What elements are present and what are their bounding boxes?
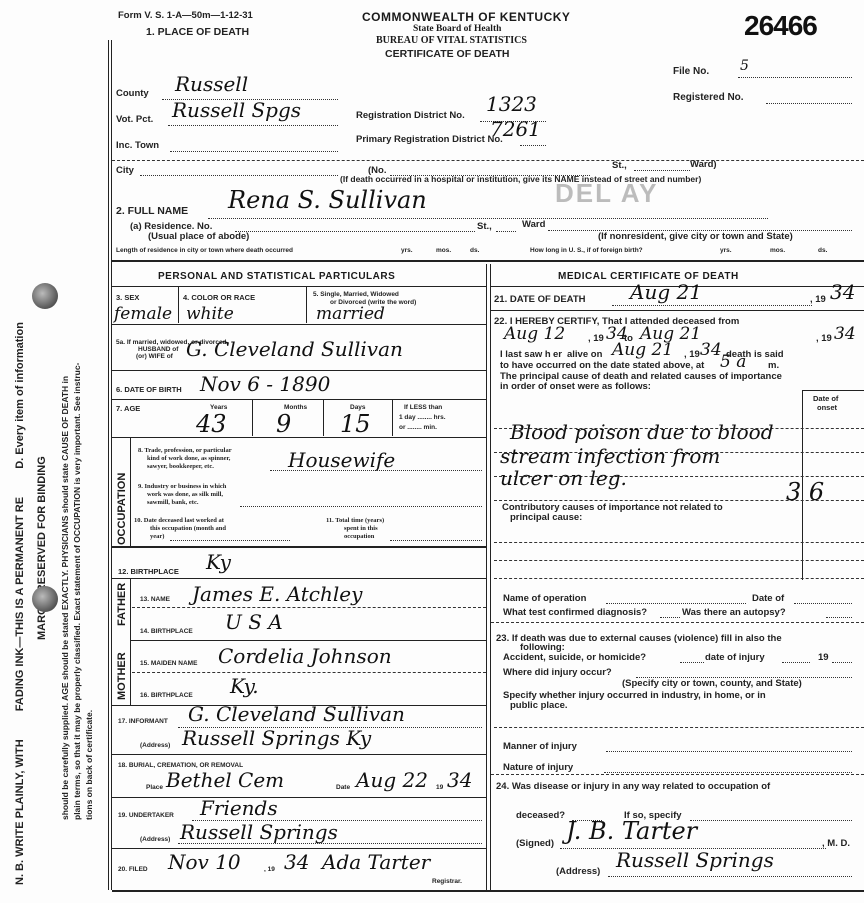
father-birthplace-value: U S A (225, 610, 283, 634)
bottom-border (112, 890, 864, 892)
divider (491, 310, 864, 311)
m-label: m. (768, 360, 779, 371)
margin-nb-line: N. B. WRITE PLAINLY, WITH FADING INK—THI… (14, 322, 26, 885)
divider (130, 579, 131, 705)
filed-year-value: 34 (284, 850, 309, 874)
accident-field[interactable] (680, 653, 704, 663)
st-field[interactable] (634, 161, 690, 171)
father-name-value: James E. Atchley (192, 582, 362, 606)
delay-stamp: DEL AY (555, 178, 659, 209)
burial-date-value: Aug 22 (356, 768, 428, 792)
principal-cause-line-2: in order of onset were as follows: (500, 381, 651, 392)
birthplace-value: Ky (206, 550, 231, 574)
registered-no-field[interactable] (766, 92, 852, 104)
date-of-death-value: Aug 21 (630, 280, 702, 304)
file-no-mark: 5 (740, 58, 749, 74)
operation-date-label: Date of (752, 593, 784, 604)
burial-date-label: Date (336, 784, 350, 791)
race-value: white (186, 304, 234, 324)
margin-line-4: tions on back of certificate. (84, 710, 94, 820)
dob-value: Nov 6 - 1890 (200, 372, 330, 396)
full-name-value: Rena S. Sullivan (228, 186, 427, 214)
race-label: 4. COLOR OR RACE (183, 293, 255, 302)
registrar-label: Registrar. (432, 878, 462, 885)
to-year-prefix: , 19 (816, 333, 832, 344)
date-of-injury-label: date of injury (705, 652, 765, 663)
specify-field[interactable] (690, 811, 852, 821)
deceased-label: deceased? (516, 810, 565, 821)
informant-label: 17. INFORMANT (118, 718, 168, 725)
commonwealth-title: COMMONWEALTH OF KENTUCKY (362, 10, 570, 24)
occupation-value: Housewife (288, 448, 395, 472)
q9-line-1: 9. Industry or business in which (138, 483, 226, 490)
father-vertical-label: FATHER (116, 583, 128, 626)
divider (491, 622, 864, 623)
day-hrs-label: 1 day ........ hrs. (399, 414, 446, 421)
divider (252, 400, 253, 436)
file-no-label: File No. (673, 66, 709, 77)
last-saw-year-prefix: , 19 (684, 349, 700, 360)
divider (132, 672, 486, 673)
last-saw-year-value: 34 (700, 340, 722, 360)
divider (392, 400, 393, 436)
undertaker-label: 19. UNDERTAKER (118, 812, 174, 819)
occupation-vertical-label: OCCUPATION (116, 473, 128, 545)
residence-st-field[interactable] (496, 221, 516, 232)
onset-label-2: onset (817, 403, 837, 412)
physician-address-label: (Address) (556, 866, 600, 877)
mother-maiden-name-label: 15. MAIDEN NAME (140, 660, 197, 667)
divider (112, 848, 486, 849)
divider (112, 437, 486, 438)
dod-year-value: 34 (830, 280, 855, 304)
where-injury-label: Where did injury occur? (503, 667, 612, 678)
age-years-value: 43 (196, 410, 227, 438)
spouse-label-3: (or) WIFE of (136, 353, 173, 360)
q10-line-2: this occupation (month and (150, 525, 226, 532)
place-of-death-heading: 1. PLACE OF DEATH (146, 26, 249, 38)
ward-label: Ward) (690, 159, 717, 170)
last-worked-field[interactable] (170, 533, 290, 541)
industry-line[interactable] (494, 727, 864, 728)
foreign-ds: ds. (818, 247, 827, 254)
q11-line-2: spent in this (344, 525, 378, 532)
to-year-value: 34 (834, 324, 856, 344)
informant-address-value: Russell Springs Ky (182, 726, 371, 750)
divider (112, 260, 864, 262)
file-no-value: 26466 (744, 10, 817, 42)
dob-label: 6. DATE OF BIRTH (116, 385, 182, 394)
divider (112, 546, 486, 548)
frame-left-border (108, 40, 112, 890)
contributory-label-2: principal cause: (510, 512, 582, 523)
margin-reserved-label: MARGIN RESERVED FOR BINDING (36, 456, 48, 640)
physician-address-value: Russell Springs (616, 848, 774, 872)
sex-label: 3. SEX (116, 293, 139, 302)
nb-every-item: D. Every item of information (14, 322, 26, 469)
date-of-death-label: 21. DATE OF DEATH (494, 294, 586, 305)
vot-pct-label: Vot. Pct. (116, 114, 153, 125)
father-birthplace-label: 14. BIRTHPLACE (140, 628, 193, 635)
mother-birthplace-label: 16. BIRTHPLACE (140, 692, 193, 699)
st-label: St., (612, 160, 627, 171)
length-residence-label: Length of residence in city or town wher… (116, 247, 293, 254)
residence-yrs: yrs. (401, 247, 413, 254)
undertaker-address-label: (Address) (140, 836, 170, 843)
mother-birthplace-value: Ky. (230, 674, 259, 698)
q9-line-2: work was done, as silk mill, (147, 491, 223, 498)
margin-line-2: should be carefully supplied. AGE should… (60, 376, 70, 820)
residence-mos: mos. (436, 247, 451, 254)
divider (112, 286, 486, 287)
test-label: What test confirmed diagnosis? (503, 607, 647, 618)
divider (323, 400, 324, 436)
cause-line-3-value: ulcer on leg. (500, 466, 627, 490)
burial-year-prefix: 19 (436, 784, 443, 791)
industry-field[interactable] (240, 499, 482, 507)
divider (112, 754, 486, 755)
accident-label: Accident, suicide, or homicide? (503, 652, 646, 663)
divider (130, 438, 131, 546)
certificate-title: CERTIFICATE OF DEATH (385, 48, 509, 60)
sex-value: female (114, 304, 172, 324)
q8-line-1: 8. Trade, profession, or particular (138, 447, 232, 454)
injury-year-19: 19 (818, 652, 829, 663)
injury-year-field[interactable] (832, 653, 852, 663)
time-of-death-value: 5 a (720, 352, 746, 372)
manner-of-injury-label: Manner of injury (503, 741, 577, 752)
q10-line-1: 10. Date deceased last worked at (134, 517, 224, 524)
informant-address-label: (Address) (140, 742, 170, 749)
test-field[interactable] (660, 608, 680, 618)
divider (112, 324, 486, 325)
q11-line-3: occupation (344, 533, 374, 540)
spouse-value: G. Cleveland Sullivan (186, 337, 403, 361)
alive-on-label: alive on (567, 349, 602, 360)
registrar-value: Ada Tarter (322, 850, 430, 874)
last-saw-date-value: Aug 21 (612, 340, 673, 360)
residence-ward-field[interactable] (548, 220, 852, 231)
divider (178, 287, 179, 323)
manner-of-injury-field[interactable] (606, 742, 852, 752)
divider (112, 578, 486, 579)
contributory-line[interactable] (494, 542, 864, 543)
nb-write-plainly: N. B. WRITE PLAINLY, WITH (14, 739, 26, 885)
operation-field[interactable] (606, 594, 746, 604)
q10-line-3: year) (150, 533, 164, 540)
county-value: Russell (175, 72, 248, 96)
cause-line-2-value: stream infection from (500, 444, 720, 468)
divider (130, 640, 486, 641)
filed-year-prefix: , 19 (264, 866, 275, 873)
divider (132, 607, 486, 608)
specify-industry-label-2: public place. (510, 700, 568, 711)
state-board: State Board of Health (413, 24, 501, 34)
divider (491, 774, 864, 775)
nonresident-note: (If nonresident, give city or town and S… (598, 231, 793, 242)
city-field[interactable] (140, 164, 338, 176)
city-label: City (116, 165, 134, 176)
full-name-label: 2. FULL NAME (116, 205, 188, 217)
binding-margin: N. B. WRITE PLAINLY, WITH FADING INK—THI… (0, 0, 100, 903)
filed-date-value: Nov 10 (168, 850, 241, 874)
date-of-injury-field[interactable] (782, 653, 810, 663)
autopsy-label: Was there an autopsy? (682, 607, 786, 618)
q8-line-2: kind of work done, as spinner, (147, 455, 230, 462)
nb-fading-ink: FADING INK—THIS IS A PERMANENT RE (14, 497, 26, 711)
residence-st-label: St., (477, 221, 492, 232)
onset-value: 3 6 (786, 478, 824, 506)
foreign-birth-label: How long in U. S., if of foreign birth? (530, 247, 643, 254)
from-year-prefix: , 19 (588, 333, 604, 344)
spouse-label-2: HUSBAND of (138, 346, 178, 353)
q24-label: 24. Was disease or injury in any way rel… (496, 781, 770, 792)
q8-line-3: sawyer, bookkeeper, etc. (147, 463, 214, 470)
file-no-field[interactable] (738, 66, 852, 78)
residence-sublabel: (Usual place of abode) (148, 231, 249, 242)
burial-place-label: Place (146, 784, 163, 791)
contributory-line[interactable] (494, 560, 864, 561)
operation-label: Name of operation (503, 593, 586, 604)
marital-label-1: 5. Single, Married, Widowed (313, 291, 399, 298)
age-days-value: 15 (340, 410, 371, 438)
onset-label-1: Date of (813, 394, 838, 403)
inc-town-label: Inc. Town (116, 140, 159, 151)
time-in-occupation-field[interactable] (390, 533, 482, 541)
divider (306, 287, 307, 323)
bureau-title: BUREAU OF VITAL STATISTICS (376, 35, 527, 46)
divider (112, 399, 486, 400)
physician-signature: J. B. Tarter (566, 817, 697, 845)
last-saw-label: I last saw h (500, 349, 551, 360)
dod-year-prefix: , 19 (810, 294, 826, 305)
burial-place-value: Bethel Cem (166, 768, 284, 792)
mother-maiden-name-value: Cordelia Johnson (218, 644, 392, 668)
frame-center-divider (486, 264, 491, 890)
punch-hole-top (32, 283, 58, 309)
residence-no-field[interactable] (235, 221, 475, 232)
nature-of-injury-label: Nature of injury (503, 762, 573, 773)
birthplace-label: 12. BIRTHPLACE (118, 567, 179, 576)
or-min-label: or ........ min. (399, 424, 437, 431)
foreign-mos: mos. (770, 247, 785, 254)
reg-district-label: Registration District No. (356, 110, 465, 121)
vot-pct-value: Russell Spgs (172, 98, 301, 122)
divider (112, 797, 486, 798)
registered-no-label: Registered No. (673, 92, 744, 103)
q11-line-1: 11. Total time (years) (326, 517, 384, 524)
md-label: , M. D. (822, 838, 850, 849)
undertaker-address-field[interactable] (178, 836, 482, 844)
less-than-label: If LESS than (404, 404, 442, 411)
signed-label: (Signed) (516, 838, 554, 849)
autopsy-field[interactable] (826, 608, 852, 618)
primary-reg-label: Primary Registration District No. (356, 134, 503, 145)
residence-ward-label: Ward (522, 219, 545, 230)
inc-town-field[interactable] (170, 138, 338, 152)
where-injury-field[interactable] (636, 668, 852, 678)
burial-year-value: 34 (447, 768, 472, 792)
q9-line-3: sawmill, bank, etc. (147, 499, 198, 506)
reg-district-value: 1323 (486, 92, 537, 116)
residence-ds: ds. (470, 247, 479, 254)
divider (112, 370, 486, 371)
primary-reg-value: 7261 (490, 117, 541, 141)
occurred-label: to have occurred on the date stated abov… (500, 360, 704, 371)
form-id: Form V. S. 1-A—50m—1-12-31 (118, 10, 253, 21)
foreign-yrs: yrs. (720, 247, 732, 254)
nature-of-injury-field[interactable] (604, 763, 852, 773)
marital-value: married (316, 304, 385, 324)
last-saw-her: er (553, 349, 562, 360)
age-months-value: 9 (276, 410, 291, 438)
filed-label: 20. FILED (118, 866, 148, 873)
father-name-label: 13. NAME (140, 596, 170, 603)
age-label: 7. AGE (116, 404, 140, 413)
margin-line-3: plain terms, so that it may be properly … (72, 363, 82, 820)
punch-hole-bottom (32, 586, 58, 612)
specify-city-note: (Specify city or town, county, and State… (622, 678, 802, 689)
county-label: County (116, 88, 149, 99)
operation-date-field[interactable] (794, 594, 852, 604)
contributory-line[interactable] (494, 578, 864, 579)
attended-from-value: Aug 12 (504, 324, 565, 344)
divider (112, 160, 864, 161)
cause-line-1-value: Blood poison due to blood (510, 420, 774, 444)
personal-heading: PERSONAL AND STATISTICAL PARTICULARS (158, 271, 395, 282)
divider (802, 390, 864, 391)
mother-vertical-label: MOTHER (116, 652, 128, 700)
